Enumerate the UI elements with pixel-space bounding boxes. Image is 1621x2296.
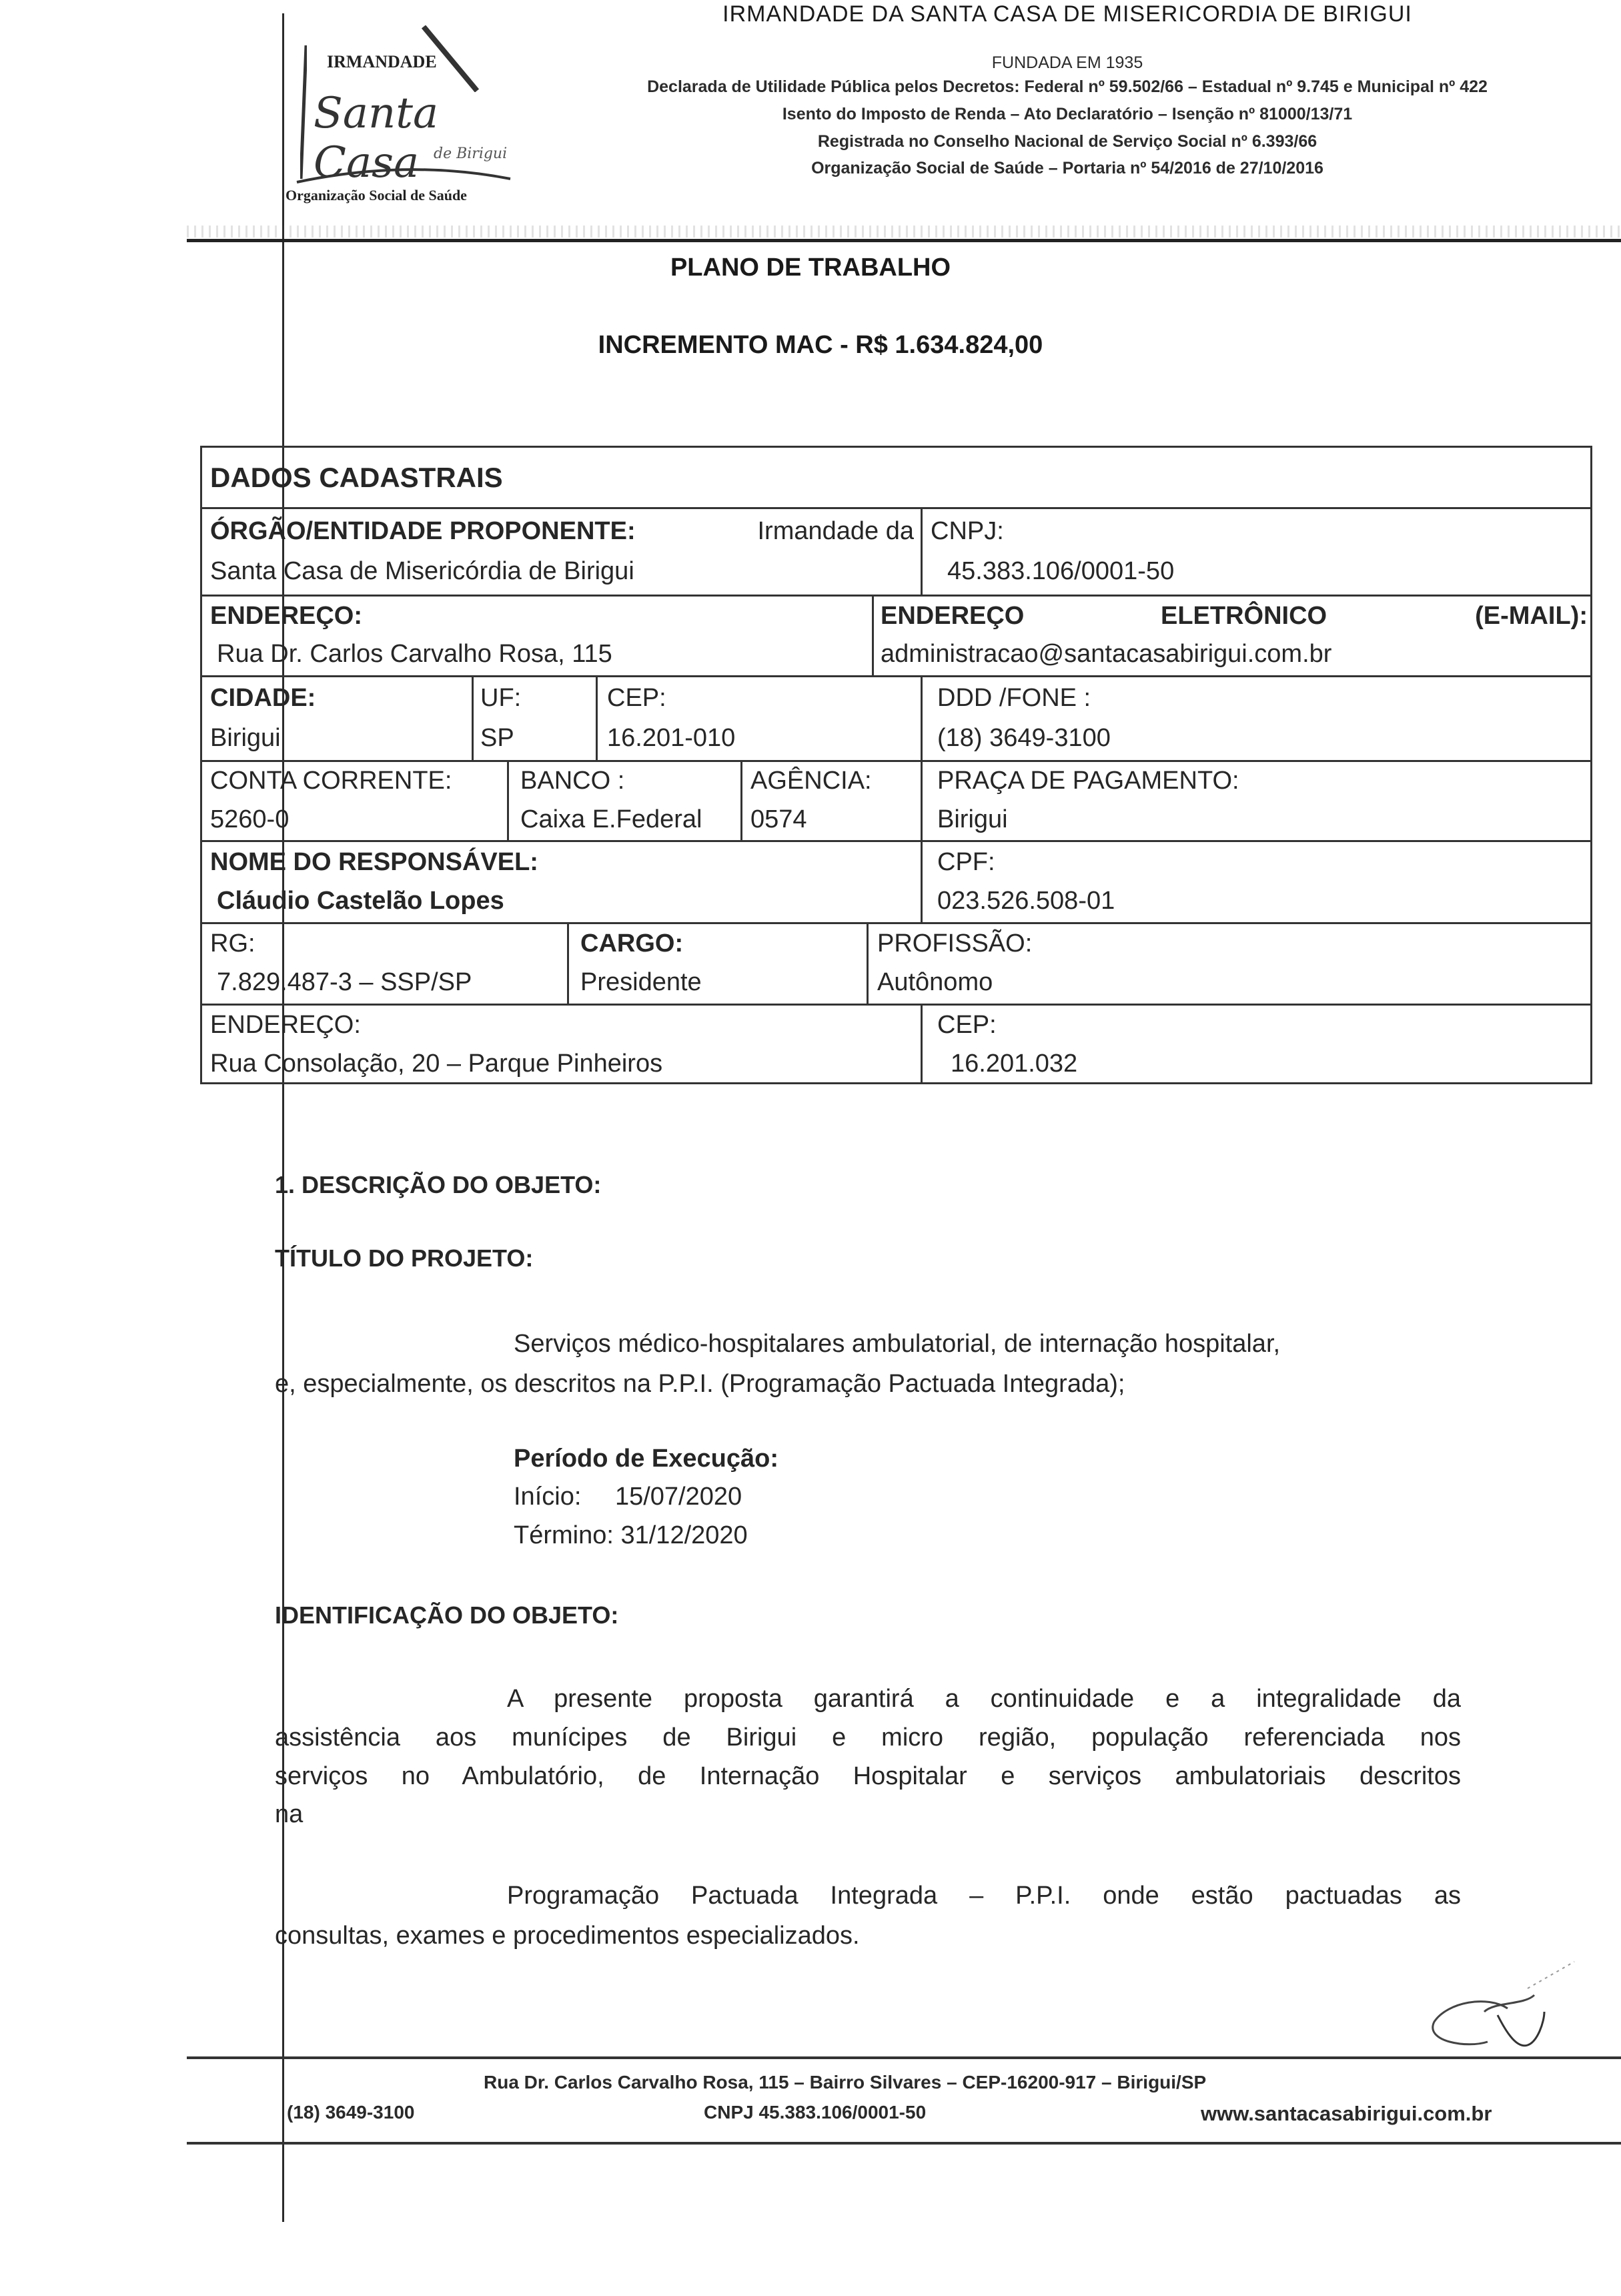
orgao-field: ÓRGÃO/ENTIDADE PROPONENTE: Irmandade da [210, 512, 914, 550]
table-col-rule [921, 1004, 923, 1084]
profissao-value: Autônomo [877, 964, 993, 1001]
endereco-label: ENDEREÇO: [210, 597, 362, 635]
termino-value: 31/12/2020 [620, 1521, 747, 1549]
cidade-label: CIDADE: [210, 679, 316, 717]
conta-label: CONTA CORRENTE: [210, 762, 452, 799]
scan-noise [187, 226, 1621, 238]
cep-label: CEP: [607, 679, 666, 717]
table-rule [200, 1004, 1592, 1006]
table-rule [200, 675, 1592, 677]
termino-label: Término: [514, 1521, 614, 1549]
conta-value: 5260-0 [210, 801, 289, 838]
periodo-label: Período de Execução: [514, 1445, 778, 1473]
footer-cnpj: CNPJ 45.383.106/0001-50 [704, 2102, 926, 2123]
table-col-rule [921, 507, 923, 595]
cpf-label: CPF: [937, 843, 995, 881]
header-divider [187, 239, 1621, 242]
paragraph-line: assistência aos munícipes de Birigui e m… [275, 1724, 1461, 1752]
cep2-value: 16.201.032 [951, 1045, 1077, 1082]
paragraph-line: serviços no Ambulatório, de Internação H… [275, 1762, 1461, 1791]
identificacao-label: IDENTIFICAÇÃO DO OBJETO: [275, 1601, 618, 1629]
document-subtitle: INCREMENTO MAC - R$ 1.634.824,00 [554, 331, 1087, 360]
table-col-rule [596, 675, 598, 760]
cnpj-label: CNPJ: [931, 512, 1004, 550]
profissao-label: PROFISSÃO: [877, 925, 1032, 962]
endereco2-label: ENDEREÇO: [210, 1006, 361, 1044]
agencia-value: 0574 [750, 801, 807, 838]
founded-line: FUNDADA EM 1935 [534, 53, 1601, 73]
paragraph-line: na [275, 1800, 303, 1829]
banco-value: Caixa E.Federal [520, 801, 702, 838]
banco-label: BANCO : [520, 762, 624, 799]
table-col-rule [872, 595, 874, 675]
footer-address: Rua Dr. Carlos Carvalho Rosa, 115 – Bair… [484, 2072, 1206, 2093]
signature-icon [1408, 1948, 1581, 2048]
rg-label: RG: [210, 925, 255, 962]
letterhead-line: Declarada de Utilidade Pública pelos Dec… [534, 77, 1601, 97]
uf-value: SP [480, 719, 514, 757]
praca-label: PRAÇA DE PAGAMENTO: [937, 762, 1239, 799]
table-rule [200, 922, 1592, 924]
email-value[interactable]: administracao@santacasabirigui.com.br [881, 635, 1331, 673]
table-rule [200, 595, 1592, 597]
orgao-label: ÓRGÃO/ENTIDADE PROPONENTE: [210, 517, 636, 545]
institution-title: IRMANDADE DA SANTA CASA DE MISERICORDIA … [600, 1, 1534, 27]
cep-value: 16.201-010 [607, 719, 735, 757]
fone-value: (18) 3649-3100 [937, 719, 1111, 757]
paragraph-line: Programação Pactuada Integrada – P.P.I. … [507, 1882, 1461, 1910]
logo-irmandade: IRMANDADE [327, 52, 437, 72]
logo-org-social: Organização Social de Saúde [286, 187, 467, 204]
cpf-value: 023.526.508-01 [937, 882, 1115, 919]
inicio-row: Início: 15/07/2020 [514, 1483, 742, 1511]
margin-binding-line [282, 13, 284, 2222]
email-label-part: (E-MAIL): [1475, 597, 1588, 635]
email-label-part: ELETRÔNICO [1161, 597, 1327, 635]
letterhead-line: Registrada no Conselho Nacional de Servi… [534, 132, 1601, 151]
footer-divider-top [187, 2056, 1621, 2059]
footer-website[interactable]: www.santacasabirigui.com.br [1201, 2102, 1492, 2126]
titulo-line: e, especialmente, os descritos na P.P.I.… [275, 1370, 1125, 1399]
table-col-rule [921, 675, 923, 922]
termino-row: Término: 31/12/2020 [514, 1521, 748, 1550]
email-label: ENDEREÇO ELETRÔNICO (E-MAIL): [881, 597, 1588, 635]
paragraph-line: consultas, exames e procedimentos especi… [275, 1922, 860, 1950]
logo-arc-icon [294, 159, 514, 185]
table-col-rule [567, 922, 569, 1004]
santa-casa-logo: IRMANDADE Santa Casa de Birigui Organiza… [287, 12, 527, 206]
section-heading: 1. DESCRIÇÃO DO OBJETO: [275, 1171, 601, 1199]
table-rule [200, 840, 1592, 842]
table-col-rule [507, 760, 509, 840]
endereco-value: Rua Dr. Carlos Carvalho Rosa, 115 [217, 635, 612, 673]
inicio-label: Início: [514, 1483, 581, 1511]
rg-value: 7.829.487-3 – SSP/SP [217, 964, 472, 1001]
orgao-value-2: Santa Casa de Misericórdia de Birigui [210, 552, 634, 590]
endereco2-value: Rua Consolação, 20 – Parque Pinheiros [210, 1045, 662, 1082]
agencia-label: AGÊNCIA: [750, 762, 872, 799]
table-col-rule [740, 760, 742, 840]
letterhead-line: Organização Social de Saúde – Portaria n… [534, 159, 1601, 178]
cnpj-value: 45.383.106/0001-50 [947, 552, 1174, 590]
table-rule [200, 507, 1592, 509]
cidade-value: Birigui [210, 719, 281, 757]
cargo-value: Presidente [580, 964, 702, 1001]
table-col-rule [867, 922, 869, 1004]
cargo-label: CARGO: [580, 925, 683, 962]
inicio-value: 15/07/2020 [615, 1483, 742, 1511]
cep2-label: CEP: [937, 1006, 997, 1044]
uf-label: UF: [480, 679, 521, 717]
table-col-rule [472, 675, 474, 760]
letterhead-line: Isento do Imposto de Renda – Ato Declara… [534, 105, 1601, 124]
footer-phone: (18) 3649-3100 [287, 2102, 414, 2123]
titulo-projeto-label: TÍTULO DO PROJETO: [275, 1244, 533, 1272]
responsavel-label: NOME DO RESPONSÁVEL: [210, 843, 538, 881]
praca-value: Birigui [937, 801, 1008, 838]
responsavel-value: Cláudio Castelão Lopes [217, 882, 504, 919]
document-title: PLANO DE TRABALHO [667, 254, 954, 282]
table-heading: DADOS CADASTRAIS [210, 459, 503, 496]
footer-divider-bottom [187, 2142, 1621, 2145]
orgao-value-1: Irmandade da [758, 512, 915, 550]
titulo-line: Serviços médico-hospitalares ambulatoria… [514, 1330, 1280, 1359]
paragraph-line: A presente proposta garantirá a continui… [507, 1685, 1461, 1713]
email-label-part: ENDEREÇO [881, 602, 1024, 630]
fone-label: DDD /FONE : [937, 679, 1091, 717]
